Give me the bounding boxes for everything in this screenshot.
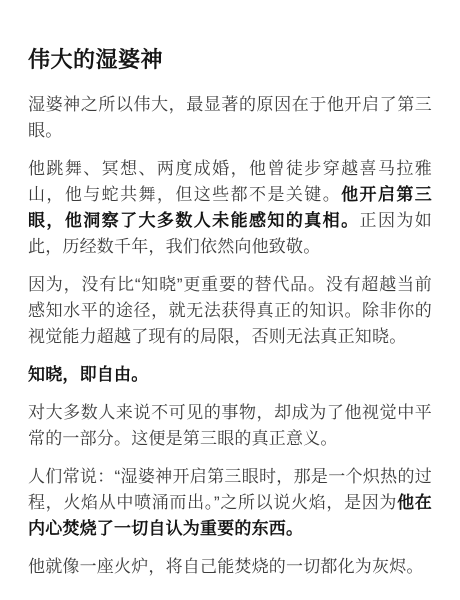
bold-text-segment: 知晓，即自由。 <box>28 365 148 384</box>
paragraph: 湿婆神之所以伟大，最显著的原因在于他开启了第三眼。 <box>28 92 432 144</box>
paragraph: 他就像一座火炉，将自己能焚烧的一切都化为灰烬。 <box>28 554 432 580</box>
body-text-segment: 因为，没有比“知晓”更重要的替代品。没有超越当前感知水平的途径，就无法获得真正的… <box>28 275 432 346</box>
paragraph: 对大多数人来说不可见的事物，却成为了他视觉中平常的一部分。这便是第三眼的真正意义… <box>28 400 432 452</box>
body-text-segment: 他就像一座火炉，将自己能焚烧的一切都化为灰烬。 <box>28 557 424 576</box>
article-body: 湿婆神之所以伟大，最显著的原因在于他开启了第三眼。他跳舞、冥想、两度成婚，他曾徒… <box>28 92 432 580</box>
page-title: 伟大的湿婆神 <box>28 46 432 74</box>
body-text-segment: 湿婆神之所以伟大，最显著的原因在于他开启了第三眼。 <box>28 95 432 140</box>
paragraph: 他跳舞、冥想、两度成婚，他曾徒步穿越喜马拉雅山，他与蛇共舞，但这些都不是关键。他… <box>28 156 432 260</box>
paragraph: 知晓，即自由。 <box>28 362 432 388</box>
body-text-segment: 人们常说：“湿婆神开启第三眼时，那是一个炽热的过程，火焰从中喷涌而出。”之所以说… <box>28 467 432 512</box>
article-page: 伟大的湿婆神 湿婆神之所以伟大，最显著的原因在于他开启了第三眼。他跳舞、冥想、两… <box>0 0 460 580</box>
paragraph: 因为，没有比“知晓”更重要的替代品。没有超越当前感知水平的途径，就无法获得真正的… <box>28 272 432 350</box>
body-text-segment: 对大多数人来说不可见的事物，却成为了他视觉中平常的一部分。这便是第三眼的真正意义… <box>28 403 432 448</box>
paragraph: 人们常说：“湿婆神开启第三眼时，那是一个炽热的过程，火焰从中喷涌而出。”之所以说… <box>28 464 432 542</box>
